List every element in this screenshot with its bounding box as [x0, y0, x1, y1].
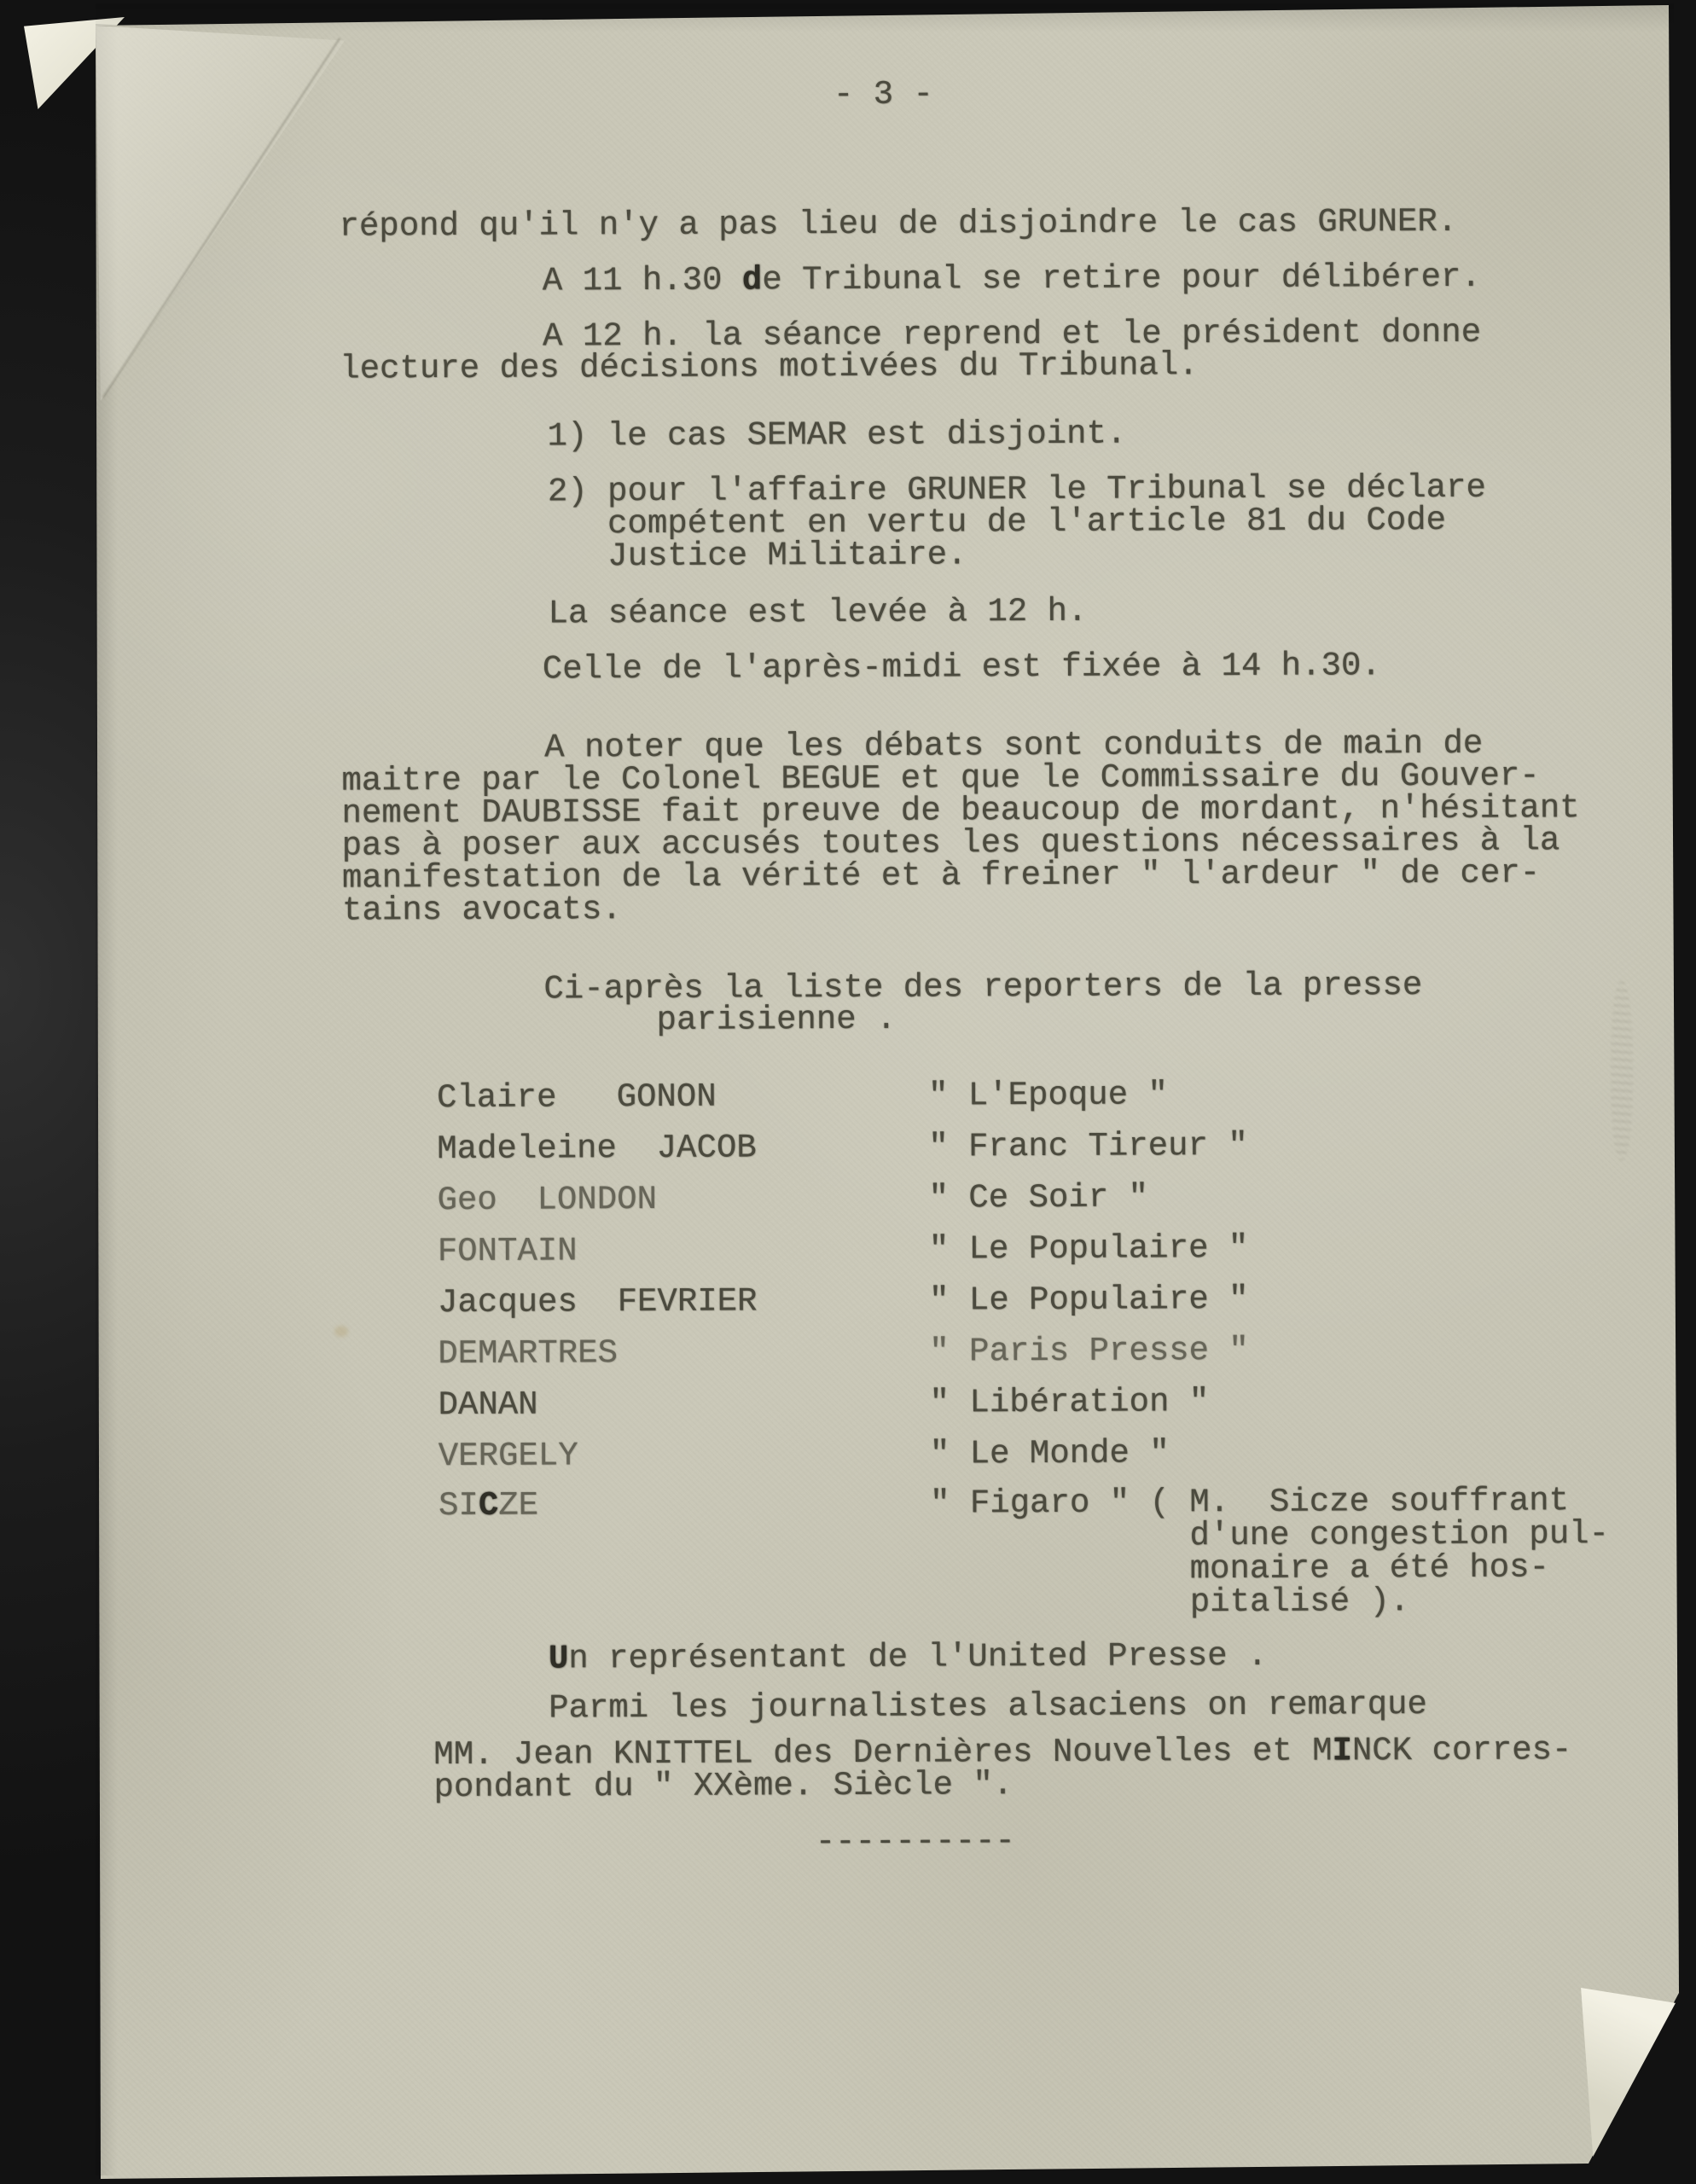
reporter-name: Jacques FEVRIER [438, 1281, 758, 1322]
sicze-note-line: pitalisé ). [1190, 1582, 1410, 1622]
divider-dashes: ---------- [816, 1821, 1015, 1862]
reporter-name: FONTAIN [438, 1231, 578, 1271]
reporter-name: Claire GONON [437, 1077, 717, 1118]
overstrike-char-c: C [479, 1486, 499, 1525]
overstrike-char-d: d [742, 260, 763, 299]
reporter-outlet: " Franc Tireur " [928, 1126, 1248, 1167]
overstrike-char-u: U [549, 1639, 569, 1678]
closing-line-4: pondant du " XXème. Siècle ". [433, 1765, 1013, 1807]
decision-item-2-line-3: Justice Militaire. [607, 535, 967, 576]
reporter-outlet: " L'Epoque " [928, 1075, 1168, 1115]
session-line-1: La séance est levée à 12 h. [548, 592, 1087, 634]
intro-line-1: répond qu'il n'y a pas lieu de disjoindr… [339, 202, 1457, 247]
intro-line-2: A 11 h.30 de Tribunal se retire pour dél… [543, 258, 1481, 301]
reporter-outlet: " Le Populaire " [929, 1280, 1249, 1321]
reporter-outlet: " Ce Soir " [928, 1177, 1148, 1217]
closing-line-2: Parmi les journalistes alsaciens on rema… [549, 1685, 1427, 1728]
reporter-outlet: " Le Populaire " [929, 1228, 1249, 1269]
overstrike-char-i: I [1332, 1731, 1352, 1770]
press-heading-line-2: parisienne . [657, 1000, 897, 1040]
reporter-name: Madeleine JACOB [437, 1128, 757, 1169]
reporter-outlet: " Paris Presse " [929, 1331, 1249, 1372]
page-number: - 3 - [833, 75, 933, 115]
decision-item-1: 1) le cas SEMAR est disjoint. [548, 415, 1127, 456]
reporter-name: DEMARTRES [438, 1333, 618, 1374]
commentary-line-6: tains avocats. [342, 890, 622, 930]
intro-line-4: lecture des décisions motivées du Tribun… [340, 346, 1199, 388]
reporter-name: Geo LONDON [437, 1180, 657, 1220]
typewritten-content: - 3 - répond qu'il n'y a pas lieu de dis… [0, 0, 1696, 2184]
reporter-name: DANAN [438, 1385, 537, 1426]
session-line-2: Celle de l'après-midi est fixée à 14 h.3… [543, 646, 1381, 688]
reporter-outlet: " Le Monde " [930, 1433, 1170, 1473]
reporter-outlet: " Libération " [929, 1382, 1209, 1422]
reporter-name: VERGELY [439, 1436, 578, 1476]
scanned-document-screenshot: { "colors": { "scan_background": "#1c1c1… [0, 0, 1696, 2184]
closing-line-1: Un représentant de l'United Presse . [549, 1636, 1268, 1679]
